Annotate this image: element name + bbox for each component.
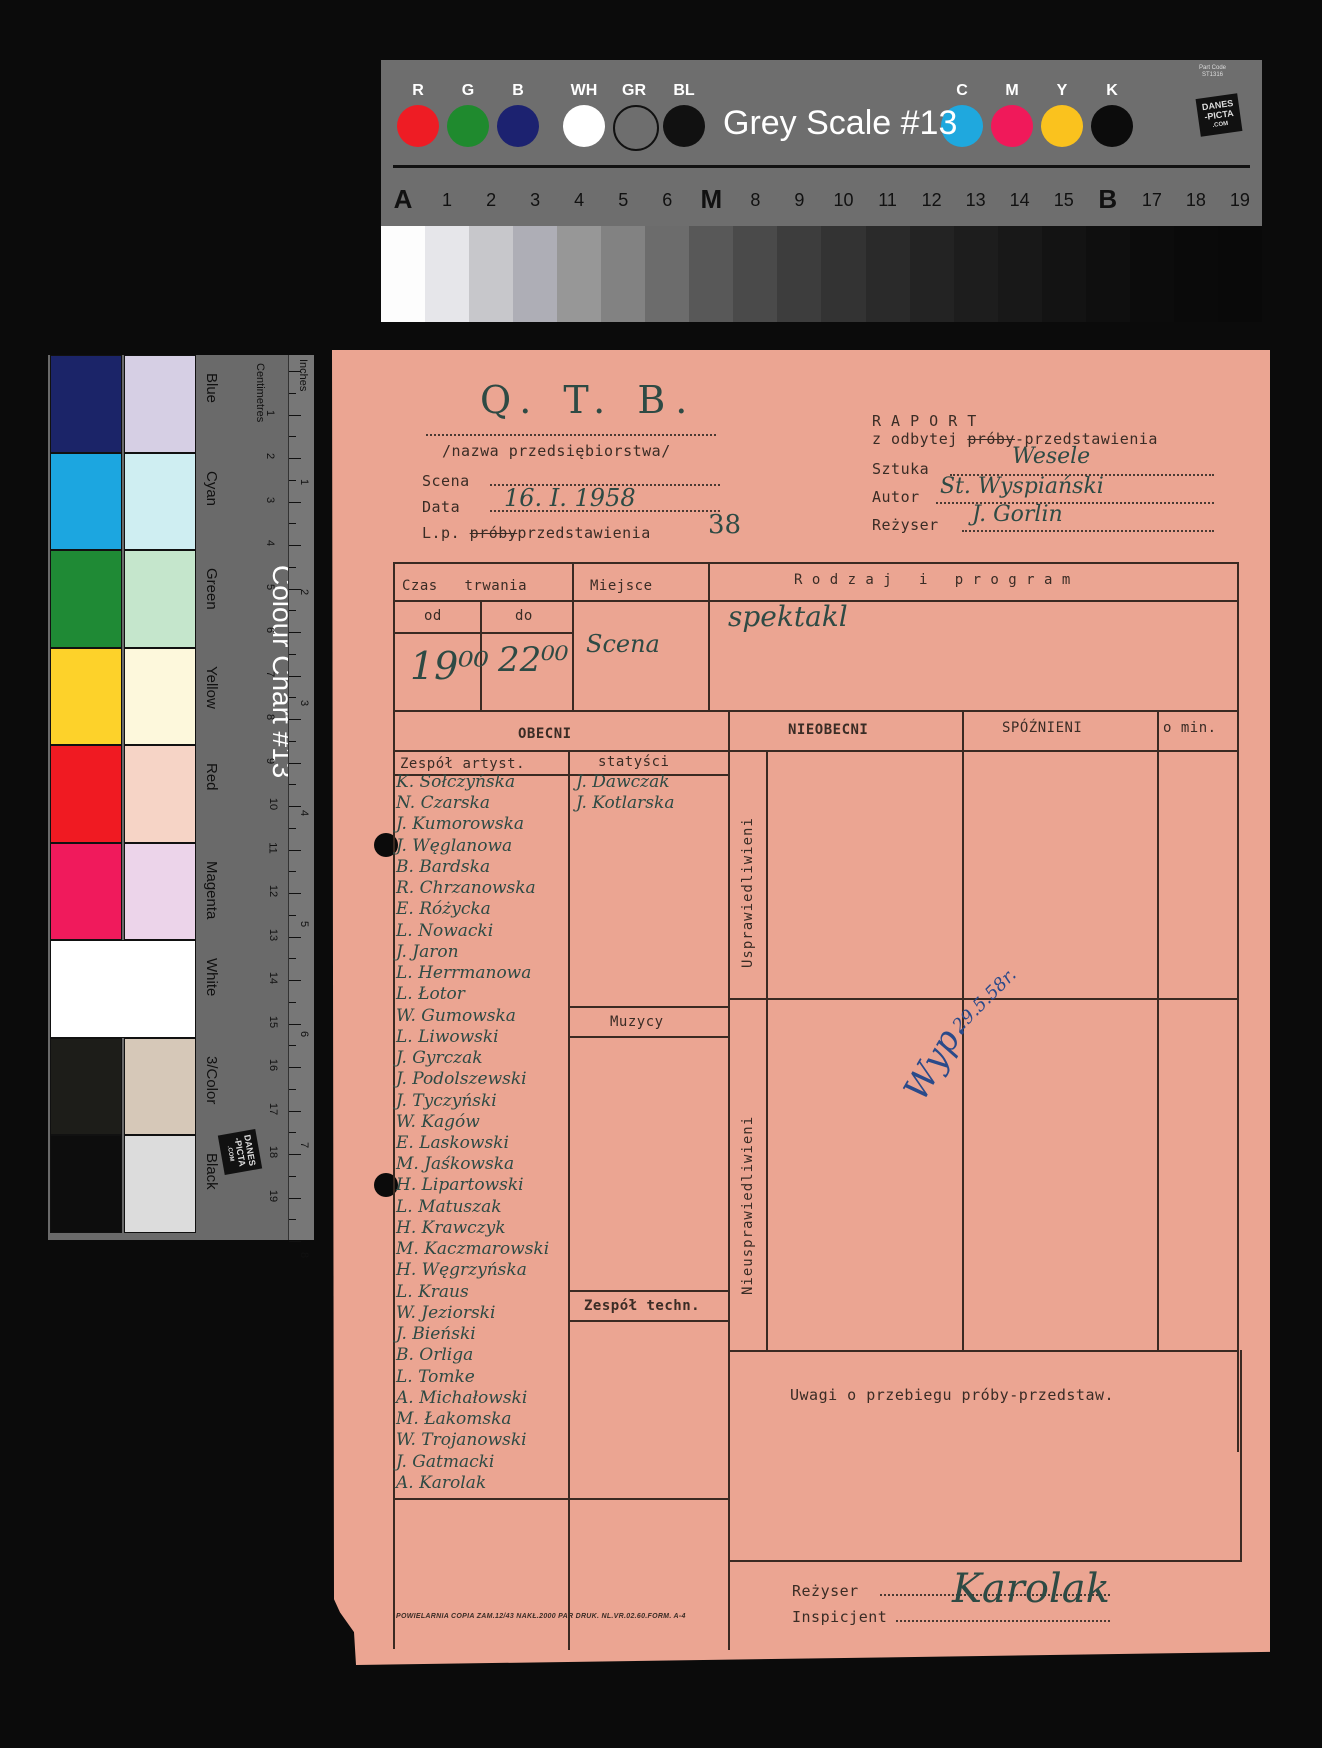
color-dot-gr (613, 105, 659, 151)
color-dot-k (1091, 105, 1133, 147)
ruler-tick (289, 1045, 296, 1046)
ruler-tick (289, 958, 296, 959)
patch-label: 3/Color (203, 1056, 220, 1104)
scale-label: 8 (735, 190, 775, 211)
ruler-tick (289, 654, 296, 655)
color-dot-label-k: K (1090, 82, 1134, 100)
grey-patch (910, 226, 954, 322)
zespol-artyst-list: K. SołczyńskaN. CzarskaJ. KumorowskaJ. W… (396, 774, 576, 1496)
artist-name: J. Gatmacki (396, 1452, 494, 1472)
patch-label: Yellow (203, 666, 220, 709)
grey-patch (645, 226, 689, 322)
scale-label: 19 (1220, 190, 1260, 211)
scale-label: 12 (912, 190, 952, 211)
table-line (572, 562, 574, 712)
ruler-tick (289, 676, 301, 677)
extra-name: J. Dawczak (576, 772, 670, 792)
rezyser-label: Reżyser (872, 516, 939, 534)
color-dot-label-g: G (446, 82, 490, 100)
sztuka-value: Wesele (1012, 444, 1090, 469)
ruler-tick (289, 610, 296, 611)
color-dot-m (991, 105, 1033, 147)
artist-name: H. Krawczyk (396, 1218, 506, 1238)
artist-name: N. Czarska (396, 793, 490, 813)
cm-tick-label: 11 (267, 842, 279, 853)
ruler-tick (289, 719, 301, 720)
table-line (728, 710, 730, 1650)
cm-tick-label: 8 (264, 714, 276, 720)
ruler-tick (289, 458, 301, 459)
scale-label: 18 (1176, 190, 1216, 211)
ruler-inch-label: Inches (297, 359, 309, 391)
zespol-techn-header: Zespół techn. (584, 1298, 700, 1314)
artist-name: E. Laskowski (396, 1133, 509, 1153)
color-dot-label-bl: BL (662, 82, 706, 100)
spoznieni-header: SPÓŹNIENI (1002, 720, 1082, 736)
scena-label: Scena (422, 472, 470, 490)
approval-date: 29.5.58r. (948, 964, 1020, 1036)
rodzaj-program-header: R o d z a j i p r o g r a m (794, 572, 1071, 588)
inch-tick-label: 5 (298, 920, 310, 926)
grey-patch (1218, 226, 1262, 322)
report-title: R A P O R T (872, 412, 977, 430)
ruler-tick (289, 415, 301, 416)
zespol-artyst-header: Zespół artyst. (400, 756, 525, 772)
do-header: do (515, 608, 533, 624)
color-dot-label-b: B (496, 82, 540, 100)
grey-patch (1042, 226, 1086, 322)
cm-tick-label: 7 (264, 670, 276, 676)
company-name-label: /nazwa przedsiębiorstwa/ (442, 442, 671, 460)
inch-tick-label: 1 (298, 478, 310, 484)
cm-tick-label: 1 (264, 409, 276, 415)
artist-name: M. Jaśkowska (396, 1154, 514, 1174)
program-value: spektakl (728, 600, 848, 633)
color-dot-label-wh: WH (562, 82, 606, 100)
ruler-tick (289, 371, 301, 372)
color-dot-label-r: R (396, 82, 440, 100)
inch-tick-label: 7 (298, 1141, 310, 1147)
cm-tick-label: 15 (267, 1015, 279, 1027)
lp-value: 38 (708, 510, 741, 540)
patch-green-dark (50, 550, 122, 648)
patch-black-light (124, 1135, 196, 1233)
artist-name: A. Michałowski (396, 1388, 527, 1408)
grey-patch (1174, 226, 1218, 322)
cm-tick-label: 5 (264, 583, 276, 589)
ruler-tick (289, 1111, 301, 1112)
artist-name: W. Gumowska (396, 1006, 516, 1026)
sztuka-label: Sztuka (872, 460, 929, 478)
artist-name: J. Podolszewski (396, 1069, 527, 1089)
scale-label: 3 (515, 190, 555, 211)
table-line (568, 1320, 729, 1322)
table-line (393, 750, 1239, 752)
patch-yellow-dark (50, 648, 122, 746)
extra-name: J. Kotlarska (576, 793, 674, 813)
grey-patch (1086, 226, 1130, 322)
scale-label: 14 (1000, 190, 1040, 211)
od-header: od (424, 608, 442, 624)
table-line (393, 632, 573, 634)
patch-black-dark (50, 1135, 122, 1233)
footer-rezyser-label: Reżyser (792, 1582, 859, 1600)
autor-label: Autor (872, 488, 920, 506)
ruler-tick (289, 480, 296, 481)
artist-name: R. Chrzanowska (396, 878, 536, 898)
table-line (1157, 710, 1159, 1350)
scale-label: 1 (427, 190, 467, 211)
cm-tick-label: 12 (267, 885, 279, 897)
cm-tick-label: 3 (264, 496, 276, 502)
patch-white (50, 940, 196, 1038)
scale-label: B (1088, 184, 1128, 215)
rezyser-line (962, 530, 1214, 532)
part-code: Part Code ST1316 (1199, 65, 1226, 79)
ruler-tick (289, 850, 301, 851)
patch-cyan-dark (50, 453, 122, 551)
data-value: 16. I. 1958 (504, 484, 636, 512)
ruler-tick (289, 1024, 301, 1025)
ruler-tick (289, 502, 301, 503)
ruler-tick (289, 1241, 301, 1242)
grey-patch (954, 226, 998, 322)
artist-name: J. Tyczyński (396, 1091, 497, 1111)
grey-patch (513, 226, 557, 322)
do-value: 22⁰⁰ (498, 640, 569, 680)
color-dot-label-m: M (990, 82, 1034, 100)
ruler-tick (289, 1198, 301, 1199)
cm-tick-label: 6 (264, 627, 276, 633)
cm-tick-label: 14 (267, 972, 279, 984)
color-dot-label-c: C (940, 82, 984, 100)
grey-card-divider (393, 165, 1250, 168)
artist-name: B. Orliga (396, 1345, 473, 1365)
color-dot-label-y: Y (1040, 82, 1084, 100)
patch-label: Magenta (203, 861, 220, 919)
table-line (393, 1498, 729, 1500)
table-line (728, 1450, 730, 1452)
ruler-tick (289, 763, 301, 764)
inch-tick-label: 4 (298, 810, 310, 816)
statysci-list: J. DawczakJ. Kotlarska (572, 774, 732, 834)
patch-label: Cyan (203, 471, 220, 506)
czas-trwania-header: Czas trwania (402, 578, 527, 594)
inch-tick-label: 2 (298, 589, 310, 595)
table-line (568, 1036, 729, 1038)
cm-tick-label: 4 (264, 540, 276, 546)
uwagi-box-border (1240, 1350, 1242, 1562)
danes-picta-logo: DANES -PICTA .COM (218, 1129, 262, 1175)
cm-tick-label: 2 (264, 453, 276, 459)
patch-blue-dark (50, 355, 122, 453)
grey-patch (1130, 226, 1174, 322)
grey-scale-card: RGBWHGRBLCMYK Grey Scale #13 Part Code S… (381, 60, 1262, 322)
o-min-header: o min. (1163, 720, 1217, 736)
artist-name: J. Węglanowa (396, 836, 512, 856)
patch-label: Red (203, 763, 220, 791)
color-dot-y (1041, 105, 1083, 147)
grey-patch (821, 226, 865, 322)
color-dot-g (447, 105, 489, 147)
artist-name: J. Kumorowska (396, 814, 524, 834)
ruler-tick (289, 871, 296, 872)
muzycy-header: Muzycy (610, 1014, 664, 1030)
scale-label: 17 (1132, 190, 1172, 211)
artist-name: H. Lipartowski (396, 1175, 524, 1195)
artist-name: L. Nowacki (396, 921, 493, 941)
footer-inspicjent-line (896, 1620, 1110, 1622)
ruler-tick (289, 806, 301, 807)
table-line (568, 1290, 729, 1292)
ruler-tick (289, 741, 296, 742)
ruler-tick (289, 523, 296, 524)
ruler-tick (289, 1154, 301, 1155)
grey-patch (777, 226, 821, 322)
patch-cyan-light (124, 453, 196, 551)
color-dot-label-gr: GR (612, 82, 656, 100)
artist-name: J. Jaron (396, 942, 459, 962)
patch-red-light (124, 745, 196, 843)
color-dot-wh (563, 105, 605, 147)
footer-inspicjent-label: Inspicjent (792, 1608, 887, 1626)
autor-value: St. Wyspiański (940, 474, 1104, 499)
table-line (766, 750, 768, 1350)
scale-label: M (691, 184, 731, 215)
patch-label: White (203, 958, 220, 996)
table-border (1237, 562, 1239, 1452)
grey-patch (998, 226, 1042, 322)
od-value: 19⁰⁰ (410, 644, 489, 688)
ruler-tick (289, 1219, 296, 1220)
inch-tick-label: 6 (298, 1031, 310, 1037)
ruler-tick (289, 980, 301, 981)
grey-scale-strip (381, 226, 1262, 322)
rezyser-value: J. Gorlin (972, 502, 1063, 527)
ruler: Inches 123456789101112131415161718191234… (288, 355, 314, 1240)
cm-tick-label: 10 (267, 798, 279, 810)
artist-name: L. Herrmanowa (396, 963, 531, 983)
patch-3-color-dark (50, 1038, 122, 1136)
miejsce-value: Scena (586, 630, 660, 658)
artist-name: L. Kraus (396, 1282, 469, 1302)
ruler-tick (289, 1067, 301, 1068)
scale-label: 15 (1044, 190, 1084, 211)
grey-patch (689, 226, 733, 322)
artist-name: M. Kaczmarowski (396, 1239, 549, 1259)
artist-name: J. Bieński (396, 1324, 476, 1344)
statysci-header: statyści (598, 754, 669, 770)
miejsce-header: Miejsce (590, 578, 653, 594)
scale-label: 13 (956, 190, 996, 211)
artist-name: W. Trojanowski (396, 1430, 527, 1450)
patch-magenta-light (124, 843, 196, 941)
artist-name: M. Łakomska (396, 1409, 512, 1429)
color-dot-b (497, 105, 539, 147)
color-dot-r (397, 105, 439, 147)
scale-label: 4 (559, 190, 599, 211)
patch-blue-light (124, 355, 196, 453)
inch-tick-label: 8 (298, 1252, 310, 1258)
data-label: Data (422, 498, 460, 516)
artist-name: W. Kagów (396, 1112, 480, 1132)
inch-tick-label: 3 (298, 699, 310, 705)
nieusprawiedliwieni-label: Nieusprawiedliwieni (740, 1116, 756, 1295)
ruler-tick (289, 436, 296, 437)
footer-signature: Karolak (952, 1566, 1110, 1612)
scale-label: 9 (779, 190, 819, 211)
ruler-tick (289, 828, 296, 829)
artist-name: L. Łotor (396, 984, 465, 1004)
grey-card-title: Grey Scale #13 (723, 104, 957, 143)
ruler-tick (289, 893, 301, 894)
patch-magenta-dark (50, 843, 122, 941)
table-line (393, 710, 1239, 712)
ruler-tick (289, 1089, 296, 1090)
ruler-tick (289, 1176, 296, 1177)
ruler-tick (289, 567, 296, 568)
grey-patch (733, 226, 777, 322)
artist-name: L. Liwowski (396, 1027, 499, 1047)
artist-name: J. Gyrczak (396, 1048, 483, 1068)
patch-label: Black (203, 1153, 220, 1190)
artist-name: B. Bardska (396, 857, 490, 877)
patch-red-dark (50, 745, 122, 843)
cm-tick-label: 19 (267, 1189, 279, 1201)
color-dot-bl (663, 105, 705, 147)
grey-patch (866, 226, 910, 322)
patch-label: Green (203, 568, 220, 610)
cm-tick-label: 9 (264, 757, 276, 763)
scale-label: A (383, 184, 423, 215)
patch-green-light (124, 550, 196, 648)
ruler-tick (289, 697, 296, 698)
artist-name: L. Matuszak (396, 1197, 502, 1217)
table-border (393, 562, 1239, 564)
table-border (393, 562, 395, 1649)
company-name-line (426, 434, 716, 436)
table-line (728, 1350, 1239, 1352)
ruler-tick (289, 1002, 296, 1003)
obecni-header: OBECNI (518, 726, 572, 742)
scale-label: 5 (603, 190, 643, 211)
patch-3-color-light (124, 1038, 196, 1136)
danes-picta-logo: DANES -PICTA .COM (1196, 93, 1243, 136)
cm-tick-label: 18 (267, 1146, 279, 1158)
grey-patch (557, 226, 601, 322)
grey-patch (381, 226, 425, 322)
nieobecni-header: NIEOBECNI (788, 722, 868, 738)
uwagi-label: Uwagi o przebiegu próby-przedstaw. (790, 1386, 1114, 1404)
scale-label: 11 (868, 190, 908, 211)
ruler-tick (289, 784, 296, 785)
lp-line: L.p. próbyprzedstawienia (422, 524, 651, 542)
usprawiedliwieni-label: Usprawiedliwieni (740, 817, 756, 968)
table-line (568, 1006, 729, 1008)
ruler-tick (289, 937, 301, 938)
ruler-tick (289, 545, 301, 546)
scale-label: 10 (824, 190, 864, 211)
grey-patch (601, 226, 645, 322)
cm-tick-label: 17 (267, 1102, 279, 1114)
ruler-tick (289, 915, 296, 916)
grey-patch (469, 226, 513, 322)
report-form: Q. T. B. /nazwa przedsiębiorstwa/ Scena … (332, 350, 1270, 1665)
artist-name: W. Jeziorski (396, 1303, 495, 1323)
cm-tick-label: 16 (267, 1059, 279, 1071)
artist-name: K. Sołczyńska (396, 772, 515, 792)
cm-tick-label: 13 (267, 928, 279, 940)
ruler-tick (289, 1132, 296, 1133)
artist-name: H. Węgrzyńska (396, 1260, 527, 1280)
artist-name: E. Różycka (396, 899, 491, 919)
patch-label: Blue (203, 373, 220, 403)
ruler-tick (289, 632, 301, 633)
ruler-tick (289, 393, 296, 394)
grey-patch (425, 226, 469, 322)
uwagi-box-border (728, 1560, 1242, 1562)
company-name-handwritten: Q. T. B. (480, 378, 697, 422)
colour-chart: BlueCyanGreenYellowRedMagentaWhite3/Colo… (48, 355, 313, 1240)
scale-label: 6 (647, 190, 687, 211)
scale-label: 2 (471, 190, 511, 211)
artist-name: L. Tomke (396, 1367, 475, 1387)
table-line (708, 562, 710, 712)
artist-name: A. Karolak (396, 1473, 486, 1493)
patch-yellow-light (124, 648, 196, 746)
printer-line: POWIELARNIA COPIA ZAM.12/43 NAKŁ.2000 PA… (396, 1613, 686, 1620)
